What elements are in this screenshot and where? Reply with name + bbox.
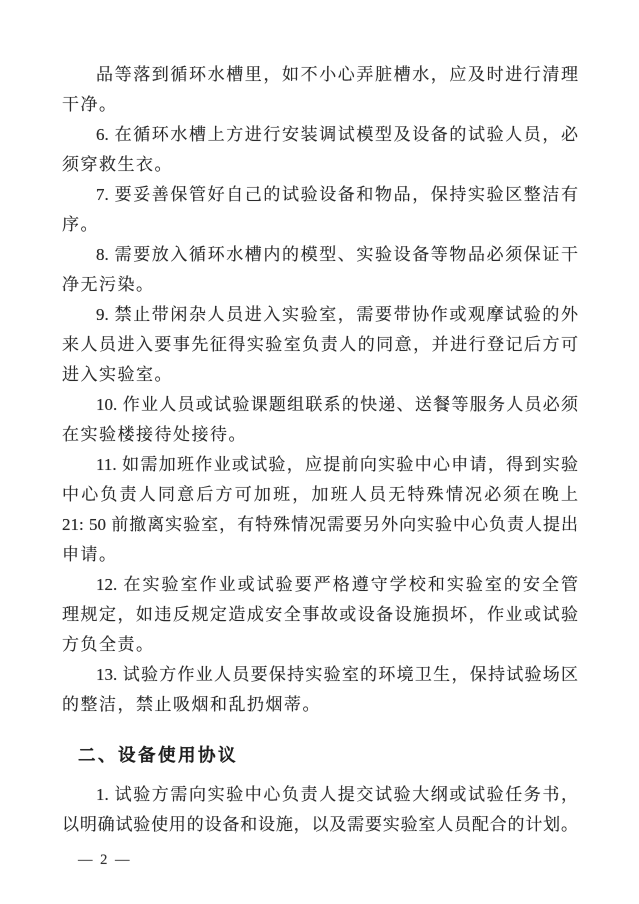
text-line: 1. 试验方需向实验中心负责人提交试验大纲或试验任务书， [62, 780, 578, 810]
text-line: 以明确试验使用的设备和设施，以及需要实验室人员配合的计划。 [62, 810, 578, 840]
document-page: 品等落到循环水槽里，如不小心弄脏槽水，应及时进行清理干净。6. 在循环水槽上方进… [0, 0, 639, 904]
text-line: 在实验楼接待处接待。 [62, 420, 578, 450]
text-line: 方负全责。 [62, 630, 578, 660]
text-line: 10. 作业人员或试验课题组联系的快递、送餐等服务人员必须 [62, 390, 578, 420]
text-line: 的整洁，禁止吸烟和乱扔烟蒂。 [62, 690, 578, 720]
page-number: — 2 — [78, 849, 132, 871]
text-line: 8. 需要放入循环水槽内的模型、实验设备等物品必须保证干 [62, 240, 578, 270]
text-line: 13. 试验方作业人员要保持实验室的环境卫生，保持试验场区 [62, 660, 578, 690]
text-line: 序。 [62, 210, 578, 240]
text-line: 11. 如需加班作业或试验，应提前向实验中心申请，得到实验 [62, 450, 578, 480]
text-line: 7. 要妥善保管好自己的试验设备和物品，保持实验区整洁有 [62, 180, 578, 210]
text-line: 净无污染。 [62, 270, 578, 300]
text-line: 品等落到循环水槽里，如不小心弄脏槽水，应及时进行清理 [62, 60, 578, 90]
text-line: 申请。 [62, 540, 578, 570]
text-line: 理规定，如违反规定造成安全事故或设备设施损坏，作业或试验 [62, 600, 578, 630]
closing-text-block: 1. 试验方需向实验中心负责人提交试验大纲或试验任务书，以明确试验使用的设备和设… [62, 780, 578, 840]
text-line: 中心负责人同意后方可加班，加班人员无特殊情况必须在晚上 [62, 480, 578, 510]
text-line: 来人员进入要事先征得实验室负责人的同意，并进行登记后方可 [62, 330, 578, 360]
text-line: 9. 禁止带闲杂人员进入实验室，需要带协作或观摩试验的外 [62, 300, 578, 330]
text-line: 21: 50 前撤离实验室，有特殊情况需要另外向实验中心负责人提出 [62, 510, 578, 540]
text-line: 须穿救生衣。 [62, 150, 578, 180]
body-text-block: 品等落到循环水槽里，如不小心弄脏槽水，应及时进行清理干净。6. 在循环水槽上方进… [62, 60, 578, 720]
text-line: 干净。 [62, 90, 578, 120]
text-line: 6. 在循环水槽上方进行安装调试模型及设备的试验人员，必 [62, 120, 578, 150]
section-heading: 二、设备使用协议 [78, 740, 238, 770]
text-line: 进入实验室。 [62, 360, 578, 390]
text-line: 12. 在实验室作业或试验要严格遵守学校和实验室的安全管 [62, 570, 578, 600]
